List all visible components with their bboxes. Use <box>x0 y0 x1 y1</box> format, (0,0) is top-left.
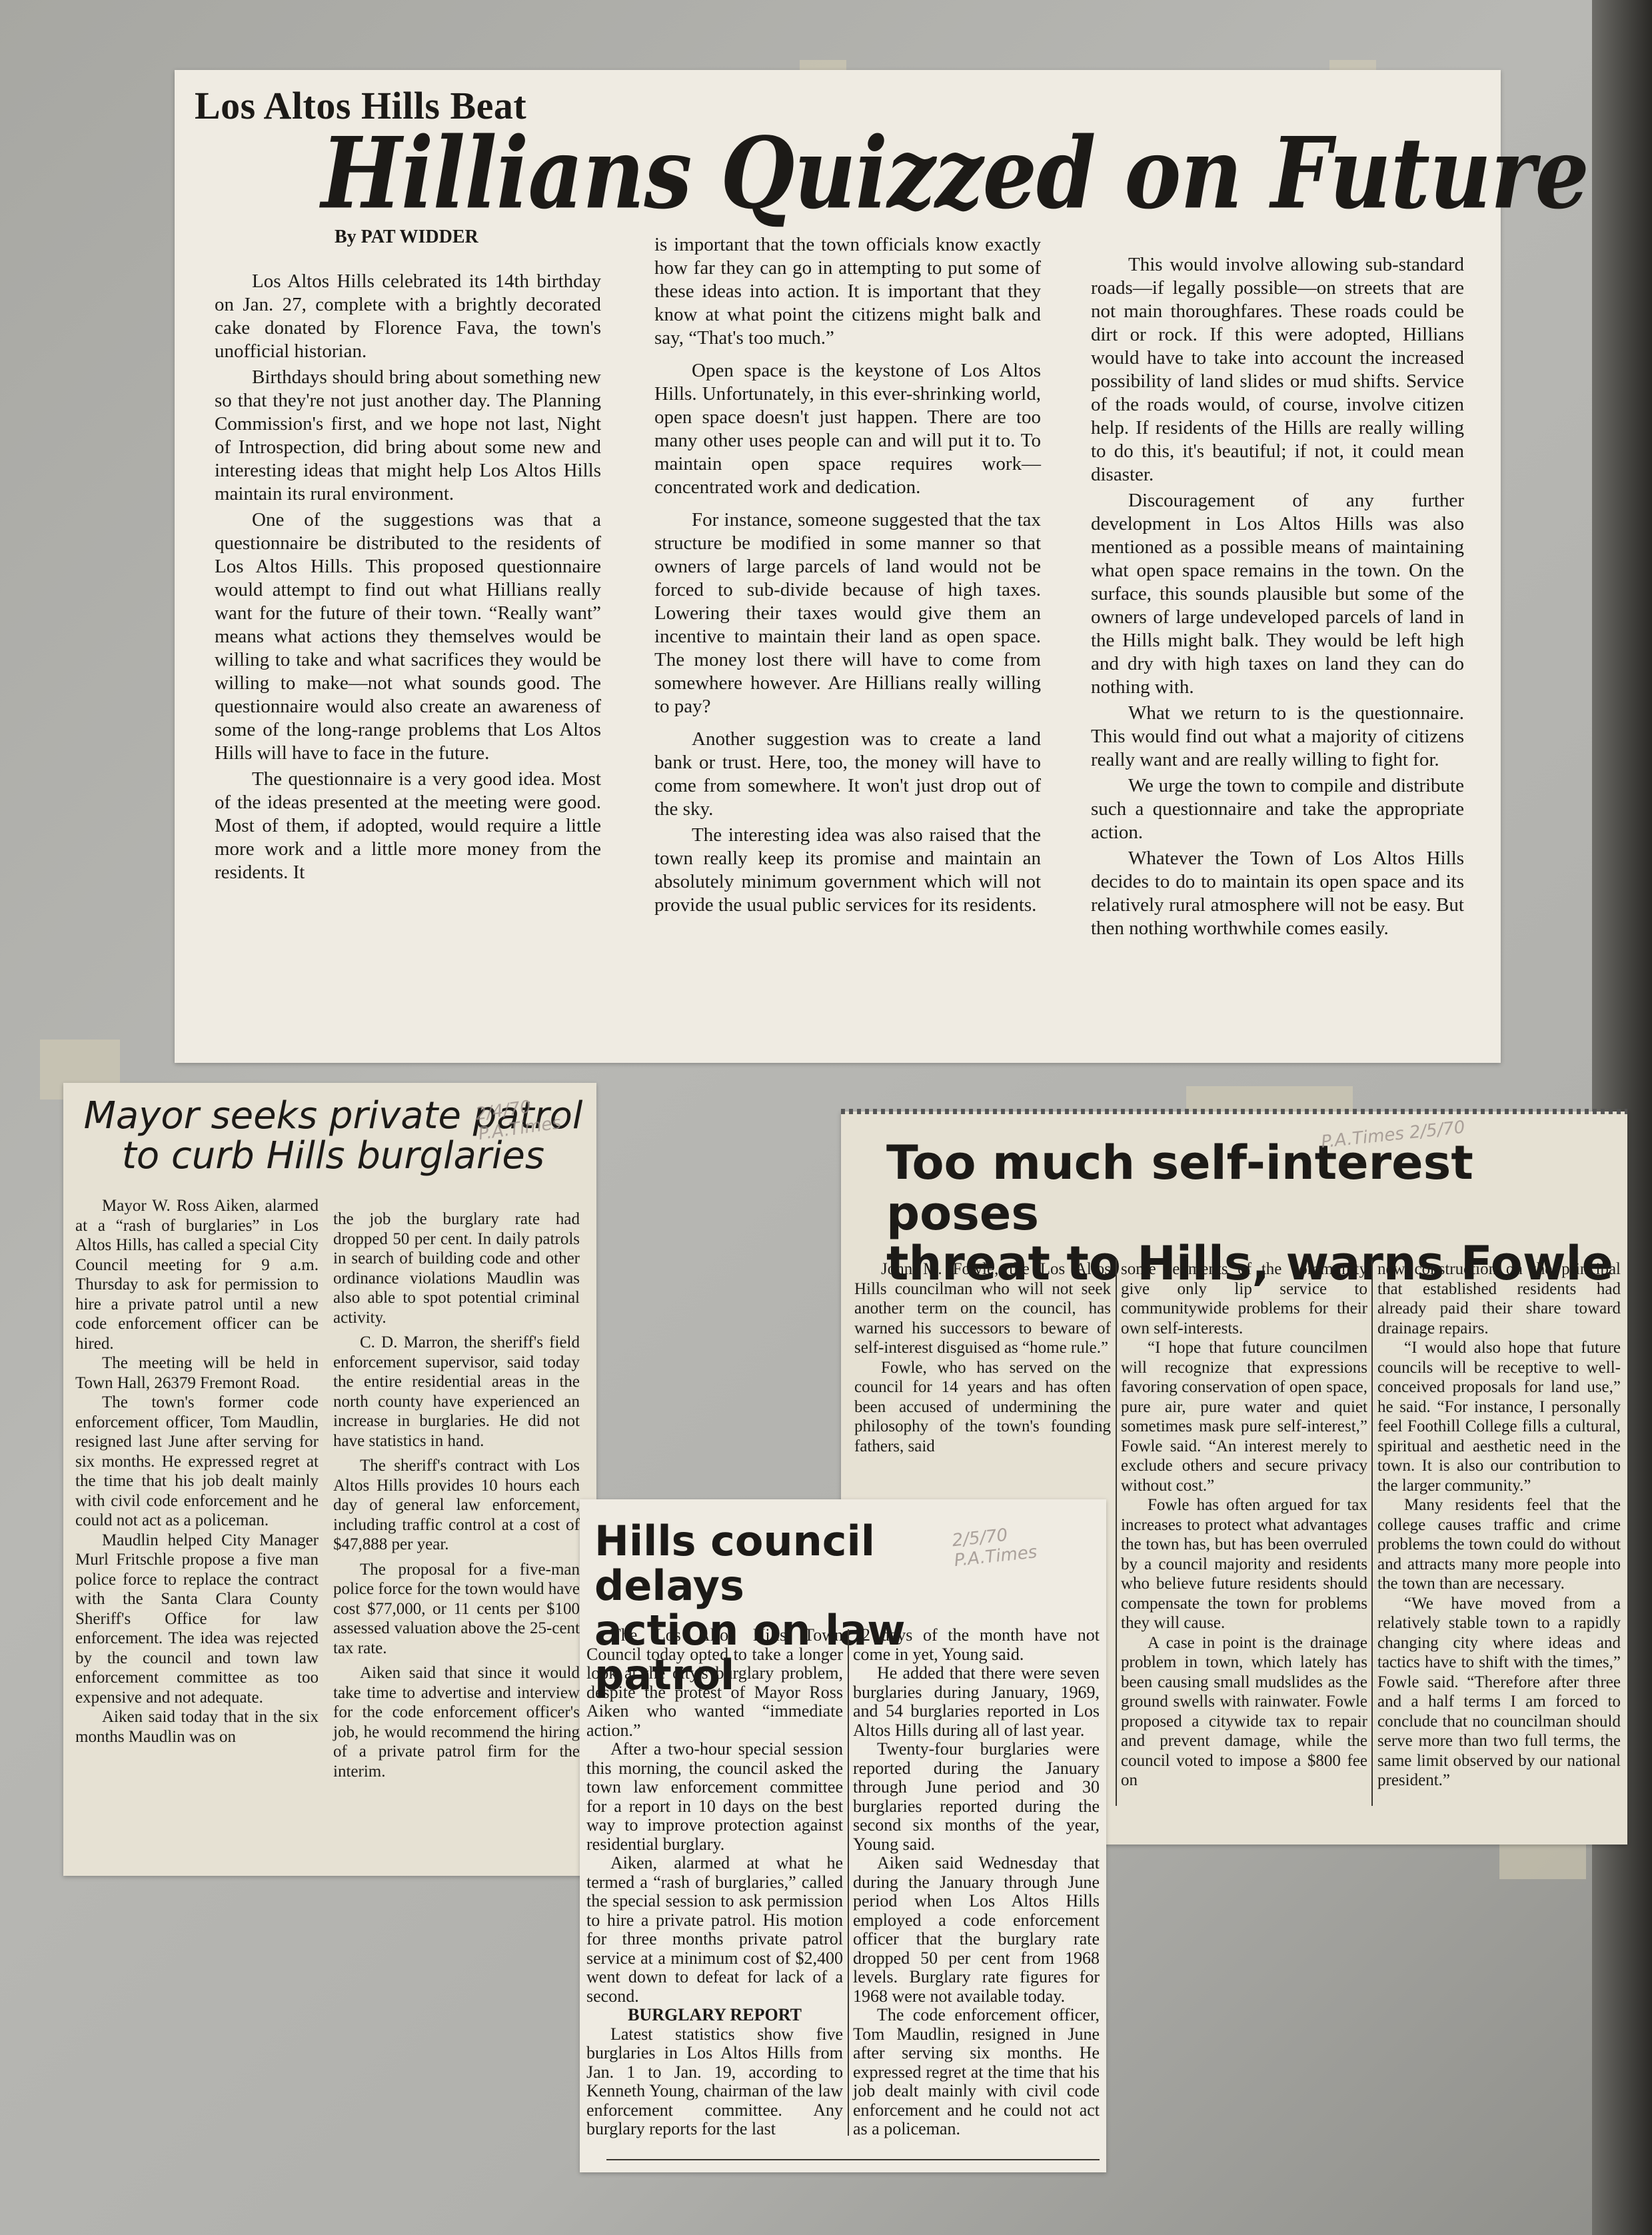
paragraph: Maudlin helped City Manager Murl Fritsch… <box>75 1531 319 1708</box>
paragraph: Twenty-four burglaries were reported dur… <box>853 1740 1100 1854</box>
headline-line: Too much self-interest poses <box>886 1138 1619 1239</box>
headline-line: to curb Hills burglaries <box>77 1136 590 1176</box>
article-column-2: some segments of the community give only… <box>1121 1259 1367 1791</box>
paragraph: This would involve allowing sub-standard… <box>1091 253 1464 486</box>
paragraph: Latest statistics show five burglaries i… <box>586 2025 843 2139</box>
paragraph: The proposal for a five-man police force… <box>333 1560 580 1659</box>
column-rule <box>1116 1259 1117 1806</box>
paragraph: C. D. Marron, the sheriff's field enforc… <box>333 1333 580 1451</box>
paragraph: Aiken said today that in the six months … <box>75 1707 319 1747</box>
article-byline: By PAT WIDDER <box>335 227 478 248</box>
paragraph: He added that there were seven burglarie… <box>853 1664 1100 1740</box>
paragraph: “We have moved from a relatively stable … <box>1377 1594 1621 1791</box>
paragraph: The interesting idea was also raised tha… <box>654 824 1041 917</box>
article-column-2: is important that the town officials kno… <box>654 233 1041 920</box>
paragraph: John M. Fowle, the Los Altos Hills counc… <box>854 1259 1111 1358</box>
article-column-2: the job the burglary rate had dropped 50… <box>333 1209 580 1781</box>
paragraph: Aiken said Wednesday that during the Jan… <box>853 1854 1100 2006</box>
article-headline: Hillians Quizzed on Future <box>321 117 1589 232</box>
paragraph: Aiken said that since it would take time… <box>333 1663 580 1781</box>
bottom-rule <box>606 2159 1100 2160</box>
paragraph: new construction on the principal that e… <box>1377 1259 1621 1338</box>
paragraph: The code enforcement officer, Tom Maudli… <box>853 2006 1100 2139</box>
paragraph: “I hope that future councilmen will reco… <box>1121 1338 1367 1495</box>
paragraph: The sheriff's contract with Los Altos Hi… <box>333 1456 580 1555</box>
article-column-1: Los Altos Hills celebrated its 14th birt… <box>215 270 601 887</box>
article-column-1: Mayor W. Ross Aiken, alarmed at a “rash … <box>75 1196 319 1747</box>
paragraph: Mayor W. Ross Aiken, alarmed at a “rash … <box>75 1196 319 1353</box>
article-hillians-quizzed: Los Altos Hills Beat Hillians Quizzed on… <box>175 70 1501 1063</box>
paragraph: We urge the town to compile and distribu… <box>1091 774 1464 844</box>
article-column-3: new construction on the principal that e… <box>1377 1259 1621 1791</box>
paragraph: is important that the town officials kno… <box>654 233 1041 350</box>
paragraph: Fowle has often argued for tax increases… <box>1121 1495 1367 1633</box>
paragraph: Discouragement of any further developmen… <box>1091 489 1464 699</box>
paragraph: Another suggestion was to create a land … <box>654 728 1041 821</box>
article-column-1: The Los Altos Hills Town Council today o… <box>586 1626 843 2139</box>
paragraph: some segments of the community give only… <box>1121 1259 1367 1338</box>
paragraph: Los Altos Hills celebrated its 14th birt… <box>215 270 601 363</box>
section-subhead: BURGLARY REPORT <box>586 2006 843 2025</box>
paragraph: Fowle, who has served on the council for… <box>854 1358 1111 1457</box>
torn-edge <box>841 1109 1627 1114</box>
paragraph: The questionnaire is a very good idea. M… <box>215 768 601 884</box>
paragraph: The town's former code enforcement offic… <box>75 1393 319 1531</box>
scrapbook-board: Los Altos Hills Beat Hillians Quizzed on… <box>0 0 1652 2235</box>
paragraph: 12 days of the month have not come in ye… <box>853 1626 1100 1664</box>
paragraph: After a two-hour special session this mo… <box>586 1740 843 1854</box>
article-mayor-patrol: Mayor seeks private patrol to curb Hills… <box>63 1083 596 1876</box>
column-rule <box>848 1629 849 2136</box>
article-column-2: 12 days of the month have not come in ye… <box>853 1626 1100 2139</box>
paragraph: Many residents feel that the college cau… <box>1377 1495 1621 1594</box>
headline-line: Hills council delays <box>594 1519 994 1609</box>
paragraph: Aiken, alarmed at what he termed a “rash… <box>586 1854 843 2006</box>
article-column-3: This would involve allowing sub-standard… <box>1091 253 1464 943</box>
paragraph: A case in point is the drainage problem … <box>1121 1633 1367 1791</box>
paragraph: Open space is the keystone of Los Altos … <box>654 359 1041 499</box>
paragraph: What we return to is the questionnaire. … <box>1091 702 1464 772</box>
paragraph: The meeting will be held in Town Hall, 2… <box>75 1353 319 1393</box>
paragraph: Birthdays should bring about something n… <box>215 366 601 506</box>
paragraph: “I would also hope that future councils … <box>1377 1338 1621 1495</box>
column-rule <box>1371 1259 1373 1806</box>
paragraph: One of the suggestions was that a questi… <box>215 508 601 765</box>
article-council-delays: Hills council delays action on law patro… <box>580 1499 1106 2172</box>
paragraph: For instance, someone suggested that the… <box>654 508 1041 718</box>
paragraph: the job the burglary rate had dropped 50… <box>333 1209 580 1327</box>
paragraph: Whatever the Town of Los Altos Hills dec… <box>1091 847 1464 940</box>
article-column-1: John M. Fowle, the Los Altos Hills counc… <box>854 1259 1111 1456</box>
paragraph: The Los Altos Hills Town Council today o… <box>586 1626 843 1740</box>
